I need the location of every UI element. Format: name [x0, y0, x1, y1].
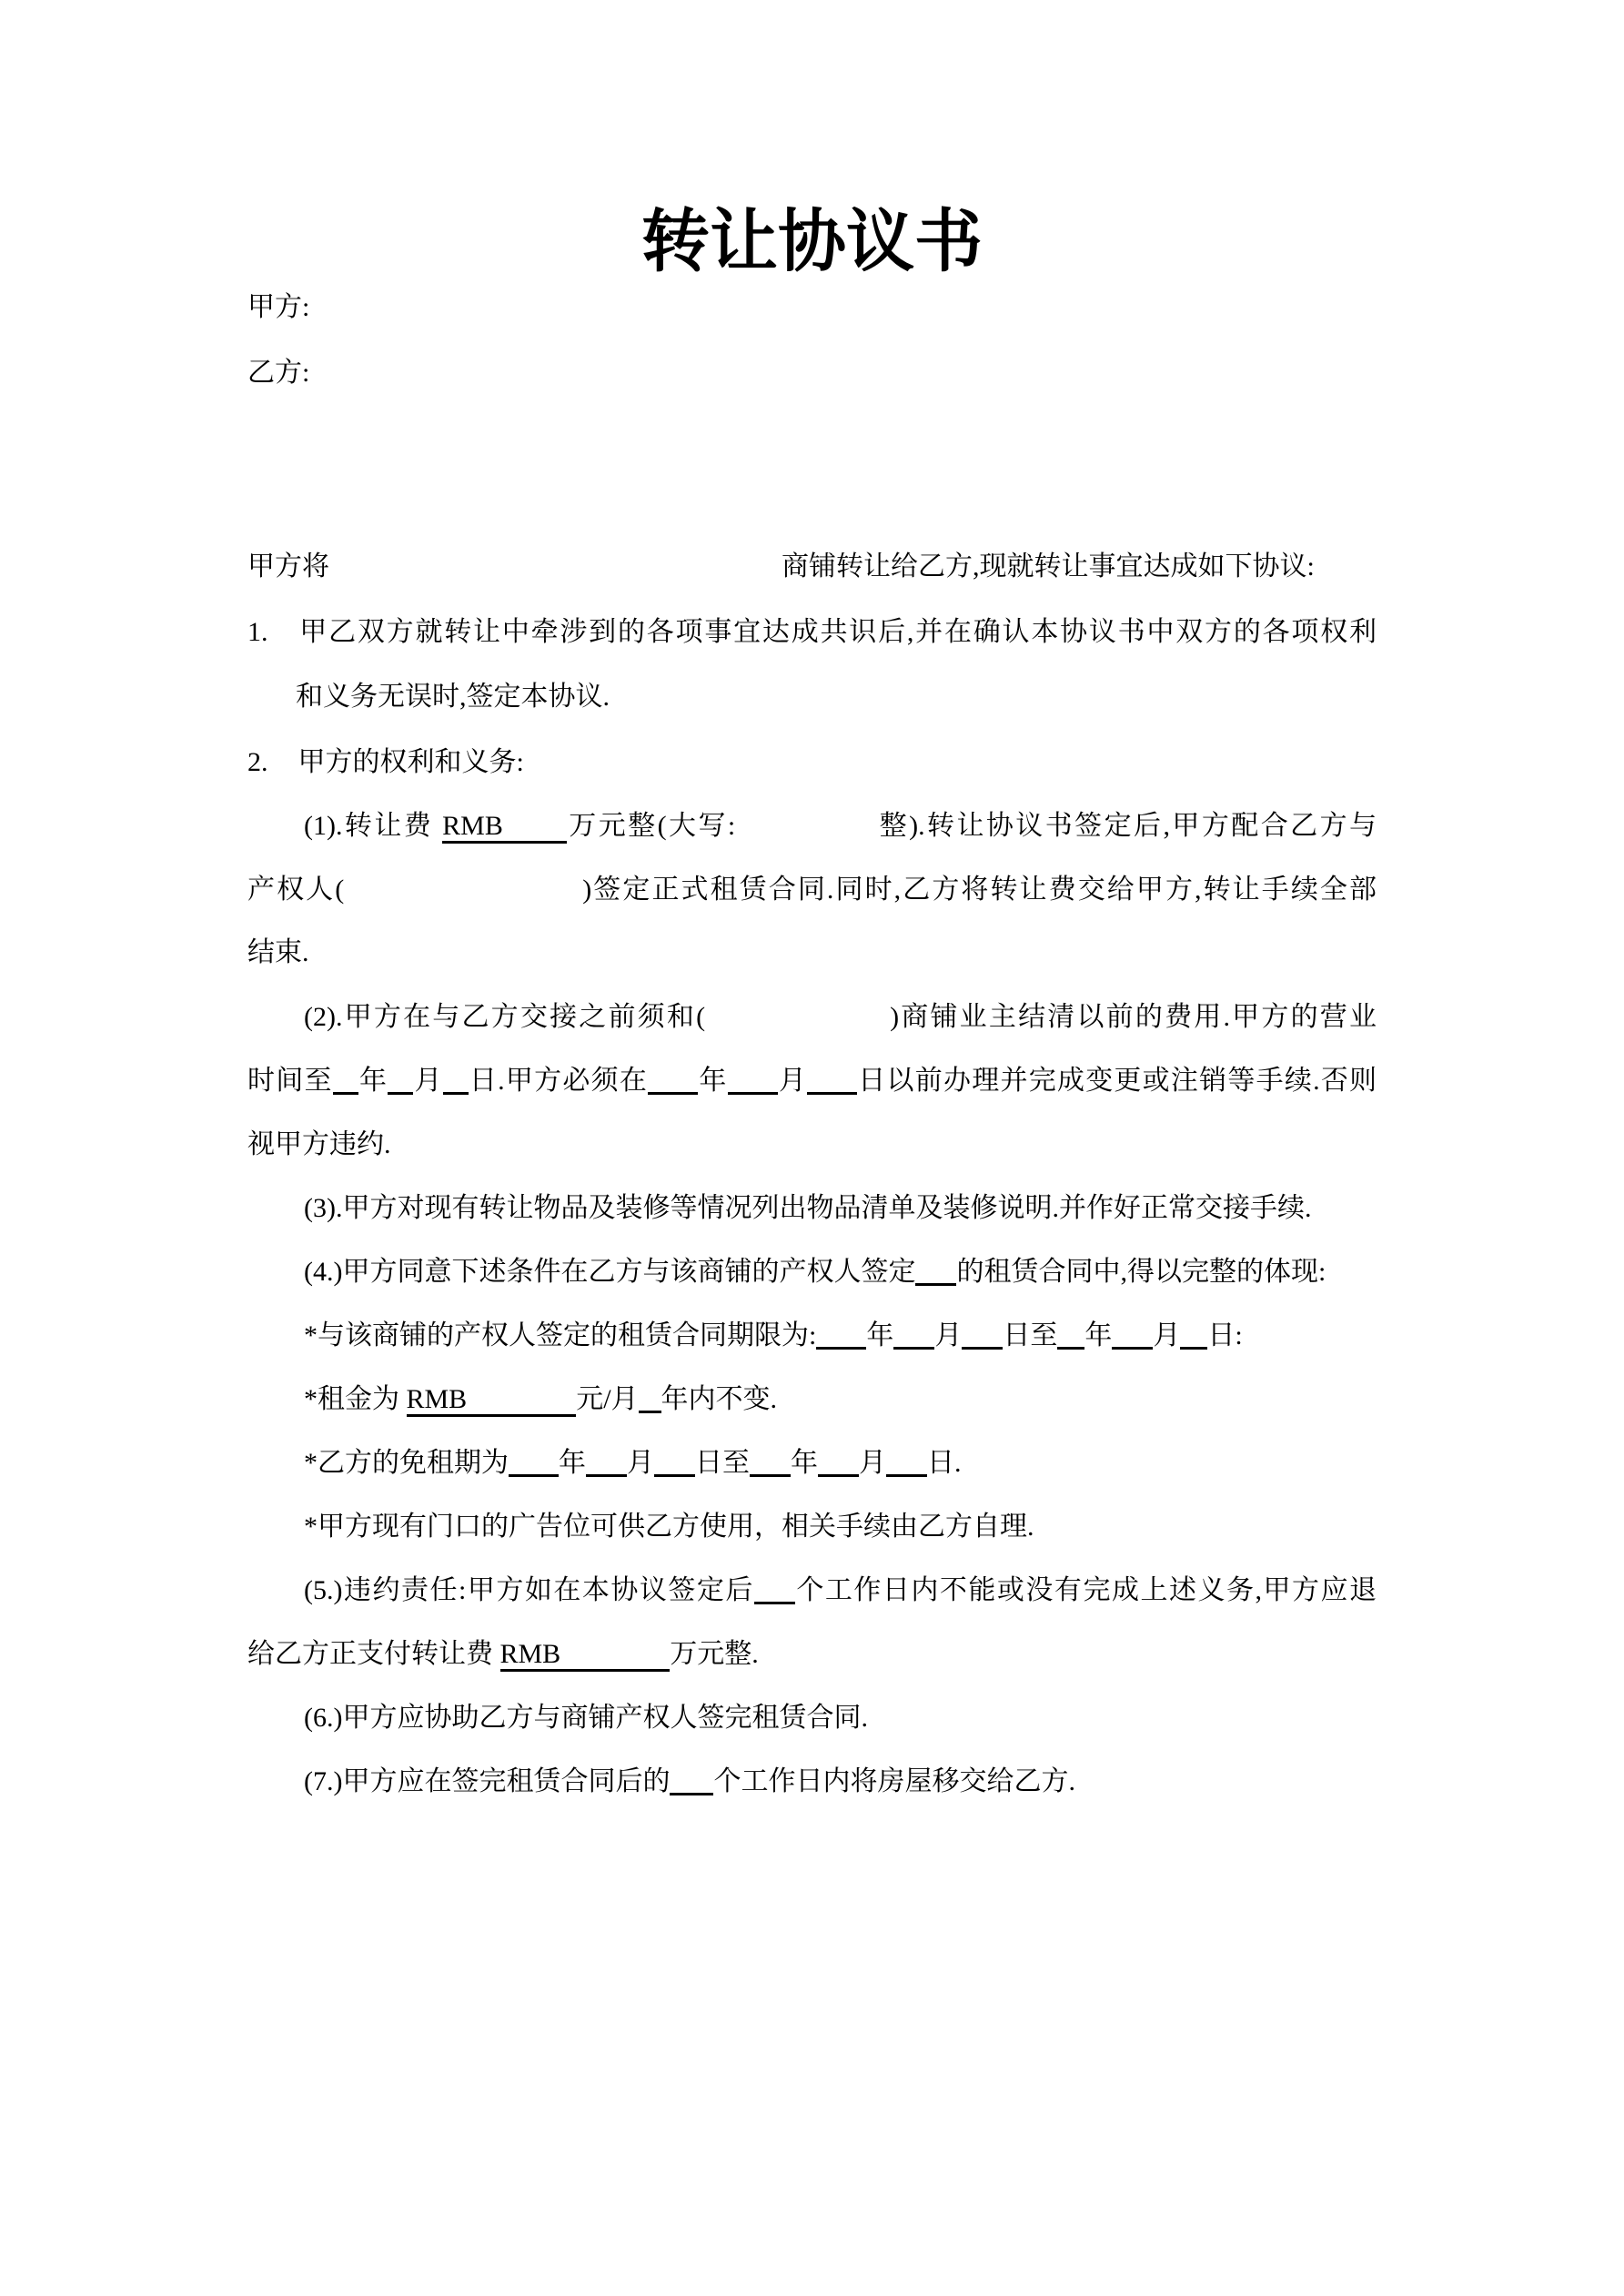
blank-fill-in-field: [509, 1472, 559, 1477]
blank-fill-in-field: [333, 1090, 358, 1095]
gap-space: [344, 897, 582, 898]
blank-fill-in-field: [886, 1472, 927, 1477]
gap-space: [705, 1025, 890, 1026]
text-run: 2.: [247, 747, 268, 777]
text-run: 的租赁合同中,得以完整的体现:: [956, 1257, 1326, 1287]
text-run: 元/月: [576, 1384, 638, 1414]
text-run: 月: [778, 1066, 807, 1096]
document-line-3: 甲方将商铺转让给乙方,现就转让事宜达成如下协议:: [247, 548, 1377, 586]
text-run: 日至: [695, 1448, 750, 1478]
document-page: { "page": { "width": 1785, "height": 252…: [0, 0, 1624, 2296]
text-run: 月: [859, 1448, 886, 1478]
text-run: 和义务无误时,签定本协议.: [296, 682, 610, 712]
text-run: 视甲方违约.: [247, 1129, 391, 1159]
text-run: 年内不变.: [661, 1384, 778, 1414]
text-run: 年: [1084, 1320, 1112, 1350]
blank-fill-in-field: [639, 1409, 661, 1413]
document-line-5: 和义务无误时,签定本协议.: [296, 678, 1377, 716]
blank-fill-in-field: [1180, 1345, 1207, 1350]
document-line-11: 时间至年月日.甲方必须在年月日以前办理并完成变更或注销等手续.否则: [247, 1062, 1377, 1100]
text-run: 年: [358, 1066, 388, 1096]
text-run: 1.: [247, 617, 268, 647]
underlined-fill-in-field: RMB: [407, 1384, 577, 1417]
text-run: 甲方:: [247, 292, 309, 322]
blank-fill-in-field: [750, 1472, 791, 1477]
blank-fill-in-field: [962, 1345, 1003, 1350]
document-line-8: 产权人()签定正式租赁合同.同时,乙方将转让费交给甲方,转让手续全部: [247, 871, 1377, 909]
text-run: *乙方的免租期为: [304, 1448, 509, 1478]
blank-fill-in-field: [443, 1090, 469, 1095]
document-line-18: *甲方现有门口的广告位可供乙方使用，相关手续由乙方自理.: [304, 1508, 1377, 1546]
blank-fill-in-field: [816, 1345, 866, 1350]
text-run: 年: [866, 1320, 893, 1350]
blank-fill-in-field: [754, 1600, 795, 1604]
text-run: (2).甲方在与乙方交接之前须和(: [304, 1002, 705, 1032]
text-run: (3).甲方对现有转让物品及装修等情况列出物品清单及装修说明.并作好正常交接手续…: [304, 1193, 1311, 1223]
text-run: 日.甲方必须在: [469, 1066, 648, 1096]
text-run: 月: [1153, 1320, 1180, 1350]
blank-fill-in-field: [1112, 1345, 1153, 1350]
blank-fill-in-field: [818, 1472, 859, 1477]
document-line-19: (5.)违约责任:甲方如在本协议签定后个工作日内不能或没有完成上述义务,甲方应退: [304, 1572, 1377, 1610]
text-run: (5.)违约责任:甲方如在本协议签定后: [304, 1575, 754, 1605]
text-run: *与该商铺的产权人签定的租赁合同期限为:: [304, 1320, 816, 1350]
document-line-20: 给乙方正支付转让费 RMB万元整.: [247, 1635, 1377, 1674]
text-run: 商铺转让给乙方,现就转让事宜达成如下协议:: [782, 551, 1315, 582]
blank-fill-in-field: [1057, 1345, 1084, 1350]
text-run: 日.: [927, 1448, 962, 1478]
text-run: 日至: [1003, 1320, 1057, 1350]
document-line-14: (4.)甲方同意下述条件在乙方与该商铺的产权人签定的租赁合同中,得以完整的体现:: [304, 1253, 1377, 1291]
text-run: 万元整.: [670, 1639, 759, 1669]
text-run: *甲方现有门口的广告位可供乙方使用，相关手续由乙方自理.: [304, 1512, 1034, 1542]
blank-fill-in-field: [388, 1090, 413, 1095]
text-run: 年: [791, 1448, 818, 1478]
document-line-21: (6.)甲方应协助乙方与商铺产权人签完租赁合同.: [304, 1699, 1377, 1737]
gap-space: [329, 574, 782, 575]
text-run: (7.)甲方应在签完租赁合同后的: [304, 1766, 670, 1796]
document-line-16: *租金为 RMB元/月年内不变.: [304, 1381, 1377, 1419]
document-line-15: *与该商铺的产权人签定的租赁合同期限为:年月日至年月日:: [304, 1317, 1377, 1355]
document-line-2: 乙方:: [247, 354, 1377, 392]
text-run: (6.)甲方应协助乙方与商铺产权人签完租赁合同.: [304, 1703, 868, 1733]
gap-space: [735, 834, 877, 834]
gap-space: [268, 770, 298, 771]
text-run: )商铺业主结清以前的费用.甲方的营业: [890, 1002, 1377, 1032]
document-title: 转让协议书: [0, 206, 1624, 280]
document-line-6: 2.甲方的权利和义务:: [247, 743, 1377, 782]
text-run: 甲方将: [247, 551, 329, 582]
text-run: 年: [559, 1448, 586, 1478]
blank-fill-in-field: [893, 1345, 934, 1350]
text-run: 给乙方正支付转让费: [247, 1639, 500, 1669]
text-run: 时间至: [247, 1066, 333, 1096]
text-run: 个工作日内将房屋移交给乙方.: [713, 1766, 1075, 1796]
document-line-10: (2).甲方在与乙方交接之前须和()商铺业主结清以前的费用.甲方的营业: [304, 998, 1377, 1037]
text-run: (1).转让费: [304, 811, 442, 841]
document-line-4: 1.甲乙双方就转让中牵涉到的各项事宜达成共识后,并在确认本协议书中双方的各项权利: [247, 613, 1377, 652]
underlined-fill-in-field: RMB: [500, 1639, 671, 1672]
underlined-fill-in-field: RMB: [442, 811, 567, 844]
text-run: (4.)甲方同意下述条件在乙方与该商铺的产权人签定: [304, 1257, 915, 1287]
blank-fill-in-field: [654, 1472, 695, 1477]
text-run: 万元整(大写:: [567, 811, 735, 841]
document-line-1: 甲方:: [247, 288, 1377, 327]
text-run: 结束.: [247, 937, 309, 967]
text-run: 甲乙双方就转让中牵涉到的各项事宜达成共识后,并在确认本协议书中双方的各项权利: [298, 617, 1377, 647]
blank-fill-in-field: [586, 1472, 627, 1477]
text-run: 月: [413, 1066, 442, 1096]
blank-fill-in-field: [648, 1090, 698, 1095]
blank-fill-in-field: [670, 1791, 713, 1795]
blank-fill-in-field: [728, 1090, 778, 1095]
text-run: 产权人(: [247, 875, 344, 905]
blank-fill-in-field: [915, 1281, 956, 1286]
text-run: 整).转让协议书签定后,甲方配合乙方与: [877, 811, 1377, 841]
document-line-22: (7.)甲方应在签完租赁合同后的个工作日内将房屋移交给乙方.: [304, 1763, 1377, 1801]
document-line-13: (3).甲方对现有转让物品及装修等情况列出物品清单及装修说明.并作好正常交接手续…: [304, 1189, 1377, 1228]
text-run: 甲方的权利和义务:: [298, 747, 524, 777]
text-run: 个工作日内不能或没有完成上述义务,甲方应退: [795, 1575, 1377, 1605]
document-line-12: 视甲方违约.: [247, 1126, 1377, 1164]
document-line-17: *乙方的免租期为年月日至年月日.: [304, 1444, 1377, 1482]
gap-space: [268, 640, 298, 641]
text-run: 月: [627, 1448, 654, 1478]
text-run: 月: [934, 1320, 962, 1350]
document-line-7: (1).转让费 RMB万元整(大写:整).转让协议书签定后,甲方配合乙方与: [304, 807, 1377, 845]
text-run: 乙方:: [247, 358, 309, 388]
text-run: 日:: [1207, 1320, 1242, 1350]
document-line-9: 结束.: [247, 934, 1377, 972]
text-run: *租金为: [304, 1384, 407, 1414]
text-run: )签定正式租赁合同.同时,乙方将转让费交给甲方,转让手续全部: [582, 875, 1377, 905]
blank-fill-in-field: [807, 1090, 857, 1095]
text-run: 年: [698, 1066, 727, 1096]
text-run: 日以前办理并完成变更或注销等手续.否则: [857, 1066, 1377, 1096]
